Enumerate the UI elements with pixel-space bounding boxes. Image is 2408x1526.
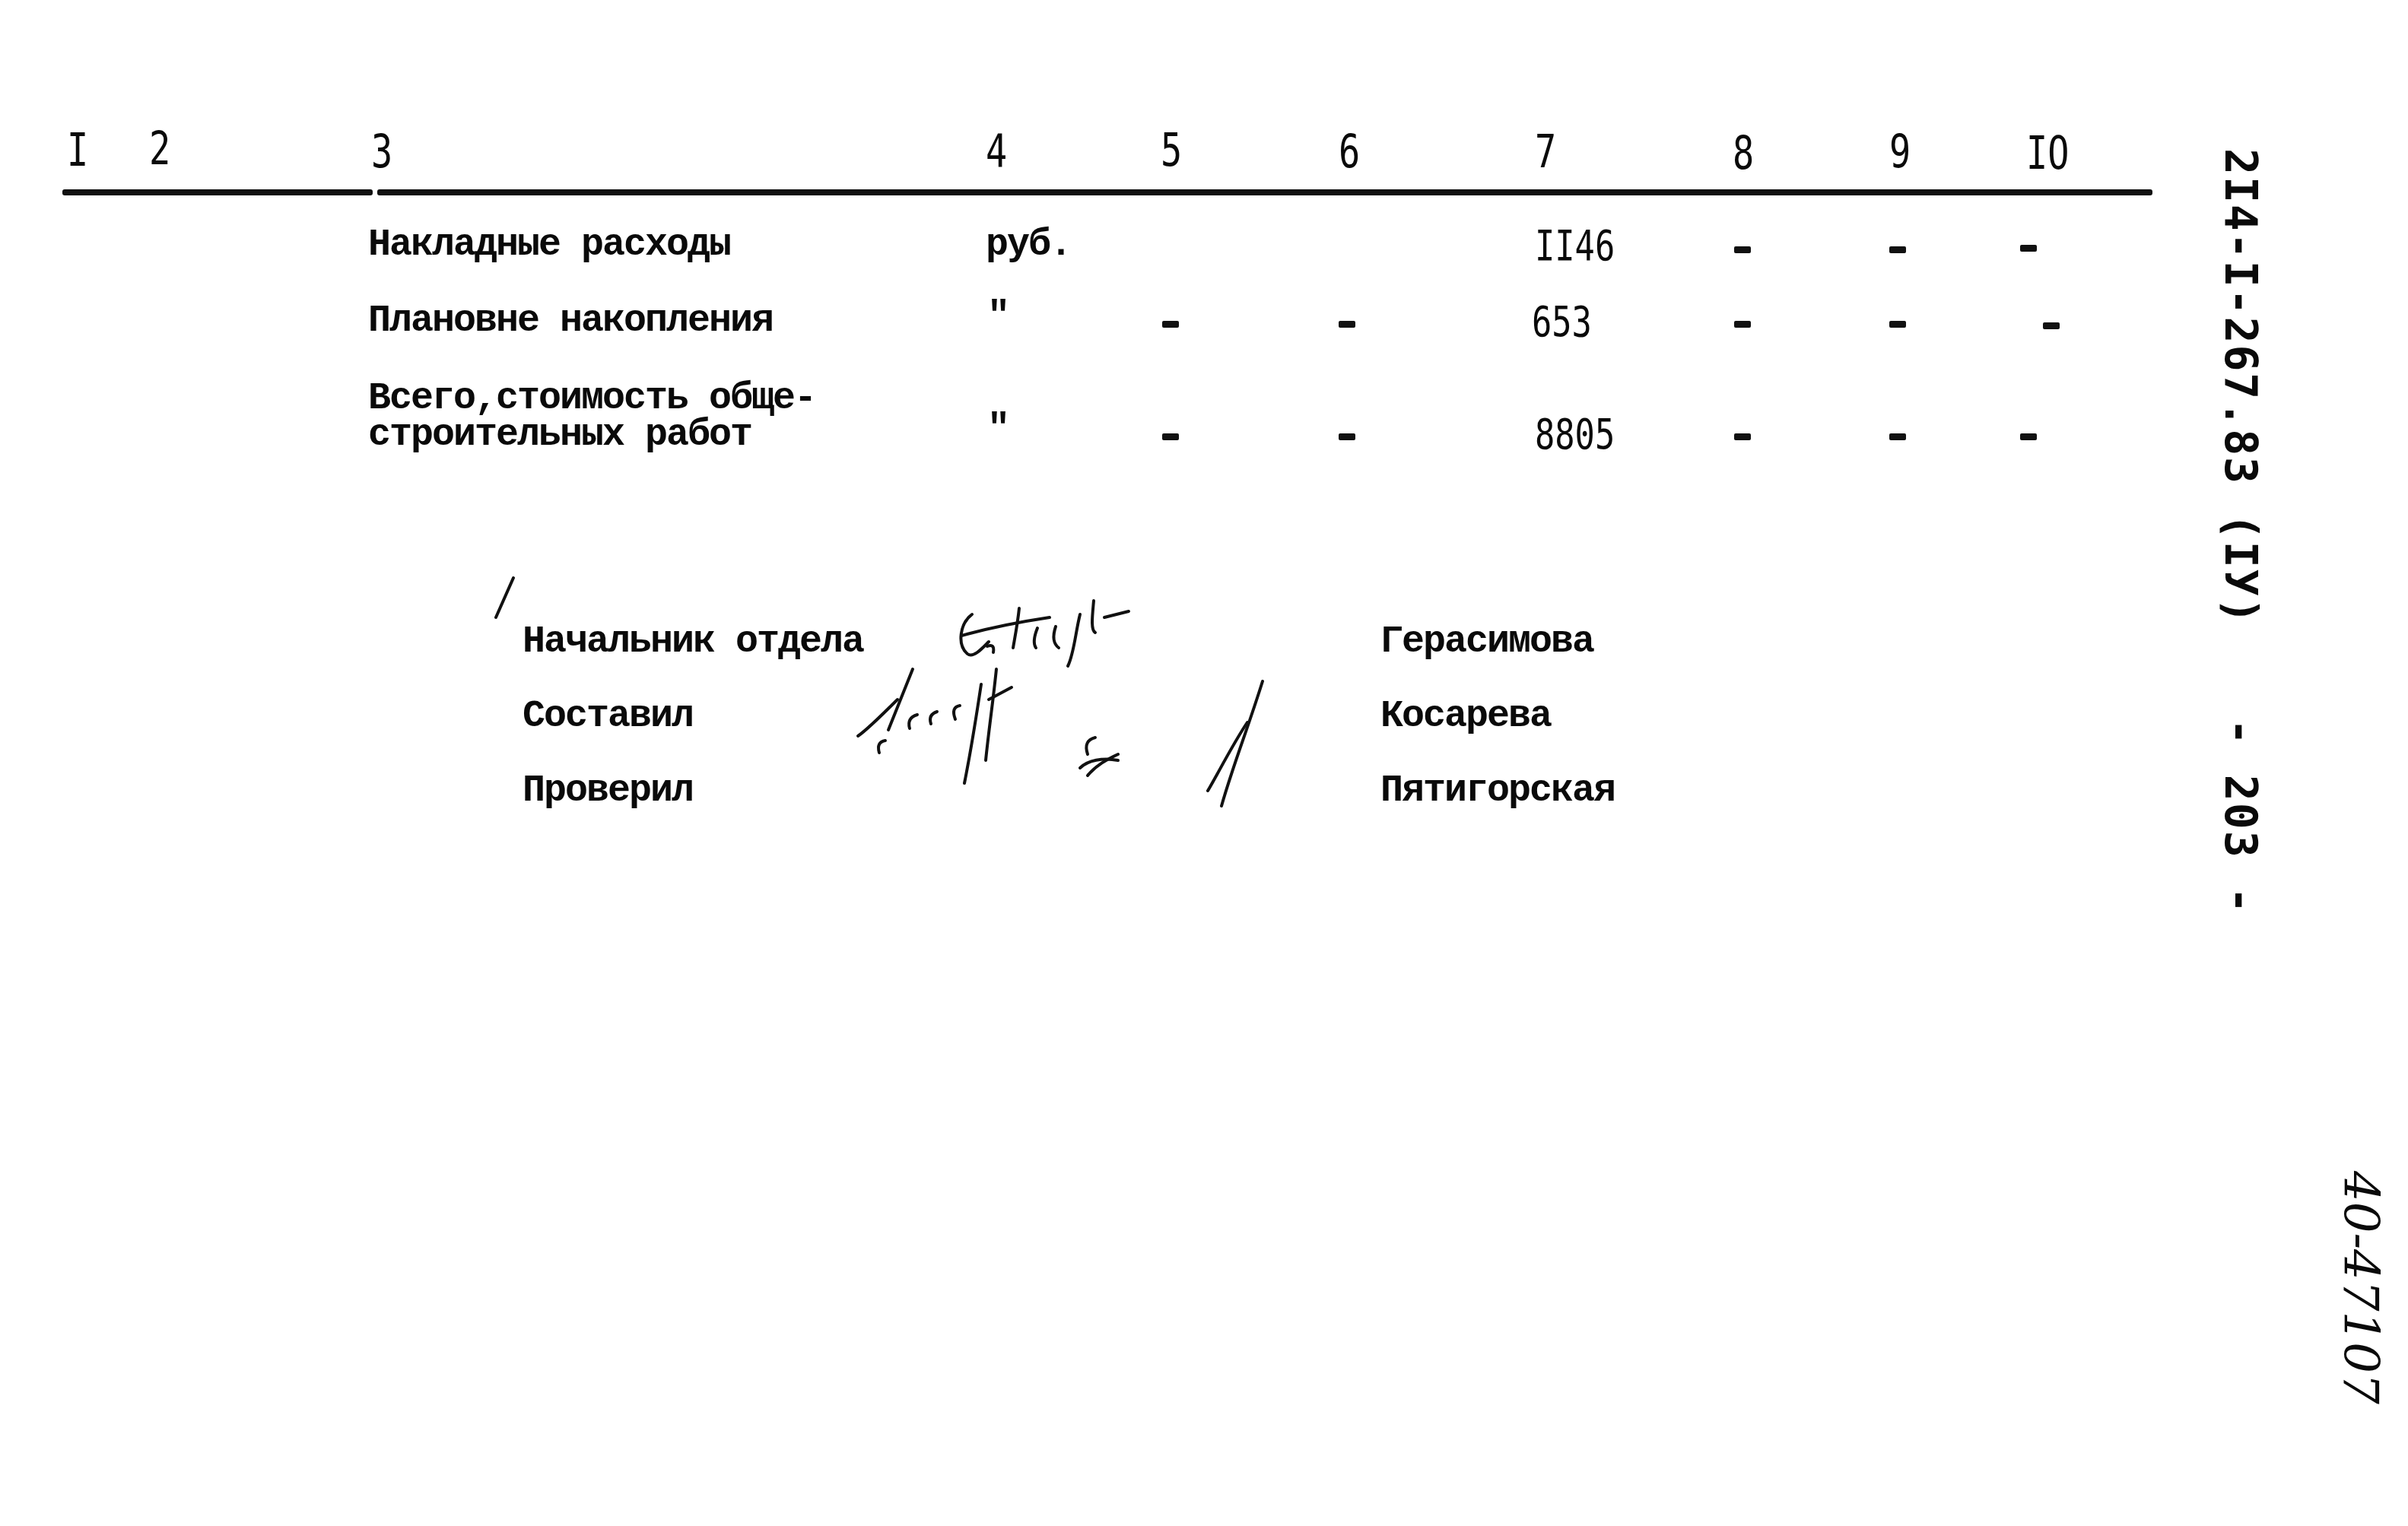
handwritten-signatures [0,0,2408,1526]
tick-mark [496,578,513,617]
handwritten-archive-mark: 40-47107 [2332,1171,2388,1404]
page-number: - 203 - [2215,719,2267,915]
document-code: 2I4-I-267.83 (IУ) [2215,148,2267,626]
